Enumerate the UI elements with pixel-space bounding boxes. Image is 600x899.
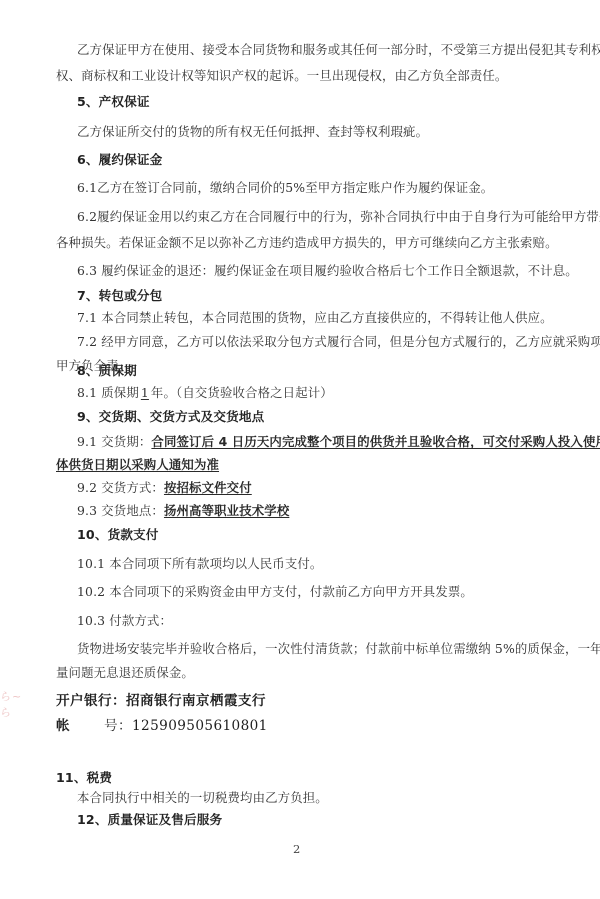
warranty-years: 1 [139, 385, 151, 400]
payment-terms-line-2: 量问题无息退还质保金。 [56, 665, 546, 681]
section-7-heading: 7、转包或分包 [77, 288, 567, 304]
section-11-heading: 11、税费 [56, 770, 546, 786]
section-9-heading: 9、交货期、交货方式及交货地点 [77, 409, 567, 425]
clause-9-1-line-2: 体供货日期以采购人通知为准 [56, 457, 546, 473]
section-5-heading: 5、产权保证 [77, 94, 567, 110]
account-label-char-1: 帐 [56, 718, 70, 734]
bank-name-label: 开户银行： [56, 693, 126, 709]
ip-paragraph-line-1: 乙方保证甲方在使用、接受本合同货物和服务或其任何一部分时，不受第三方提出侵犯其专… [77, 42, 567, 58]
clause-9-2: 9.2 交货方式：按招标文件交付 [77, 480, 567, 496]
section-12-heading: 12、质量保证及售后服务 [77, 812, 567, 828]
account-number-line: 帐号：125909505610801 [56, 718, 546, 734]
contract-page: 乙方保证甲方在使用、接受本合同货物和服务或其任何一部分时，不受第三方提出侵犯其专… [0, 0, 600, 899]
partial-stamp-mark: ら~ら [0, 688, 32, 710]
ip-paragraph-line-2: 权、商标权和工业设计权等知识产权的起诉。一旦出现侵权，由乙方负全部责任。 [56, 68, 546, 84]
clause-8-1-suffix: 年。（自交货验收合格之日起计） [151, 385, 333, 400]
delivery-location-label: 9.3 交货地点： [77, 503, 164, 518]
clause-9-1-line-1: 9.1 交货期：合同签订后 4 日历天内完成整个项目的供货并且验收合格，可交付采… [77, 434, 567, 450]
bank-name-line: 开户银行：招商银行南京栖霞支行 [56, 693, 546, 709]
clause-7-1: 7.1 本合同禁止转包，本合同范围的货物，应由乙方直接供应的，不得转让他人供应。 [77, 310, 567, 326]
payment-terms-line-1: 货物进场安装完毕并验收合格后，一次性付清货款；付款前中标单位需缴纳 5%的质保金… [77, 641, 567, 657]
clause-8-1: 8.1 质保期1年。（自交货验收合格之日起计） [77, 385, 567, 401]
account-number-value: 125909505610801 [132, 718, 268, 734]
delivery-location-value: 扬州高等职业技术学校 [164, 503, 289, 518]
account-label-char-2: 号： [104, 718, 132, 734]
clause-10-2: 10.2 本合同项下的采购资金由甲方支付，付款前乙方向甲方开具发票。 [77, 584, 567, 600]
clause-6-3: 6.3 履约保证金的退还：履约保证金在项目履约验收合格后七个工作日全额退款，不计… [77, 263, 567, 279]
clause-10-1: 10.1 本合同项下所有款项均以人民币支付。 [77, 556, 567, 572]
delivery-method-value: 按招标文件交付 [164, 480, 252, 495]
section-11-text: 本合同执行中相关的一切税费均由乙方负担。 [77, 790, 567, 806]
clause-6-2-line-1: 6.2履约保证金用以约束乙方在合同履行中的行为，弥补合同执行中由于自身行为可能给… [77, 209, 567, 225]
delivery-period-label: 9.1 交货期： [77, 434, 151, 449]
clause-10-3: 10.3 付款方式： [77, 613, 567, 629]
page-number: 2 [293, 842, 300, 856]
section-8-heading: 8、质保期 [77, 363, 567, 379]
clause-6-1: 6.1乙方在签订合同前，缴纳合同价的5%至甲方指定账户作为履约保证金。 [77, 180, 567, 196]
delivery-method-label: 9.2 交货方式： [77, 480, 164, 495]
section-6-heading: 6、履约保证金 [77, 152, 567, 168]
delivery-period-value-cont: 体供货日期以采购人通知为准 [56, 457, 219, 472]
clause-9-3: 9.3 交货地点：扬州高等职业技术学校 [77, 503, 567, 519]
clause-7-2-line-1: 7.2 经甲方同意，乙方可以依法采取分包方式履行合同，但是分包方式履行的，乙方应… [77, 334, 567, 350]
bank-name-value: 招商银行南京栖霞支行 [126, 693, 266, 709]
clause-8-1-prefix: 8.1 质保期 [77, 385, 139, 400]
section-10-heading: 10、货款支付 [77, 527, 567, 543]
delivery-period-value: 合同签订后 4 日历天内完成整个项目的供货并且验收合格，可交付采购人投入使用。具 [151, 434, 600, 449]
clause-6-2-line-2: 各种损失。若保证金额不足以弥补乙方违约造成甲方损失的，甲方可继续向乙方主张索赔。 [56, 235, 546, 251]
section-5-text: 乙方保证所交付的货物的所有权无任何抵押、查封等权利瑕疵。 [77, 124, 567, 140]
